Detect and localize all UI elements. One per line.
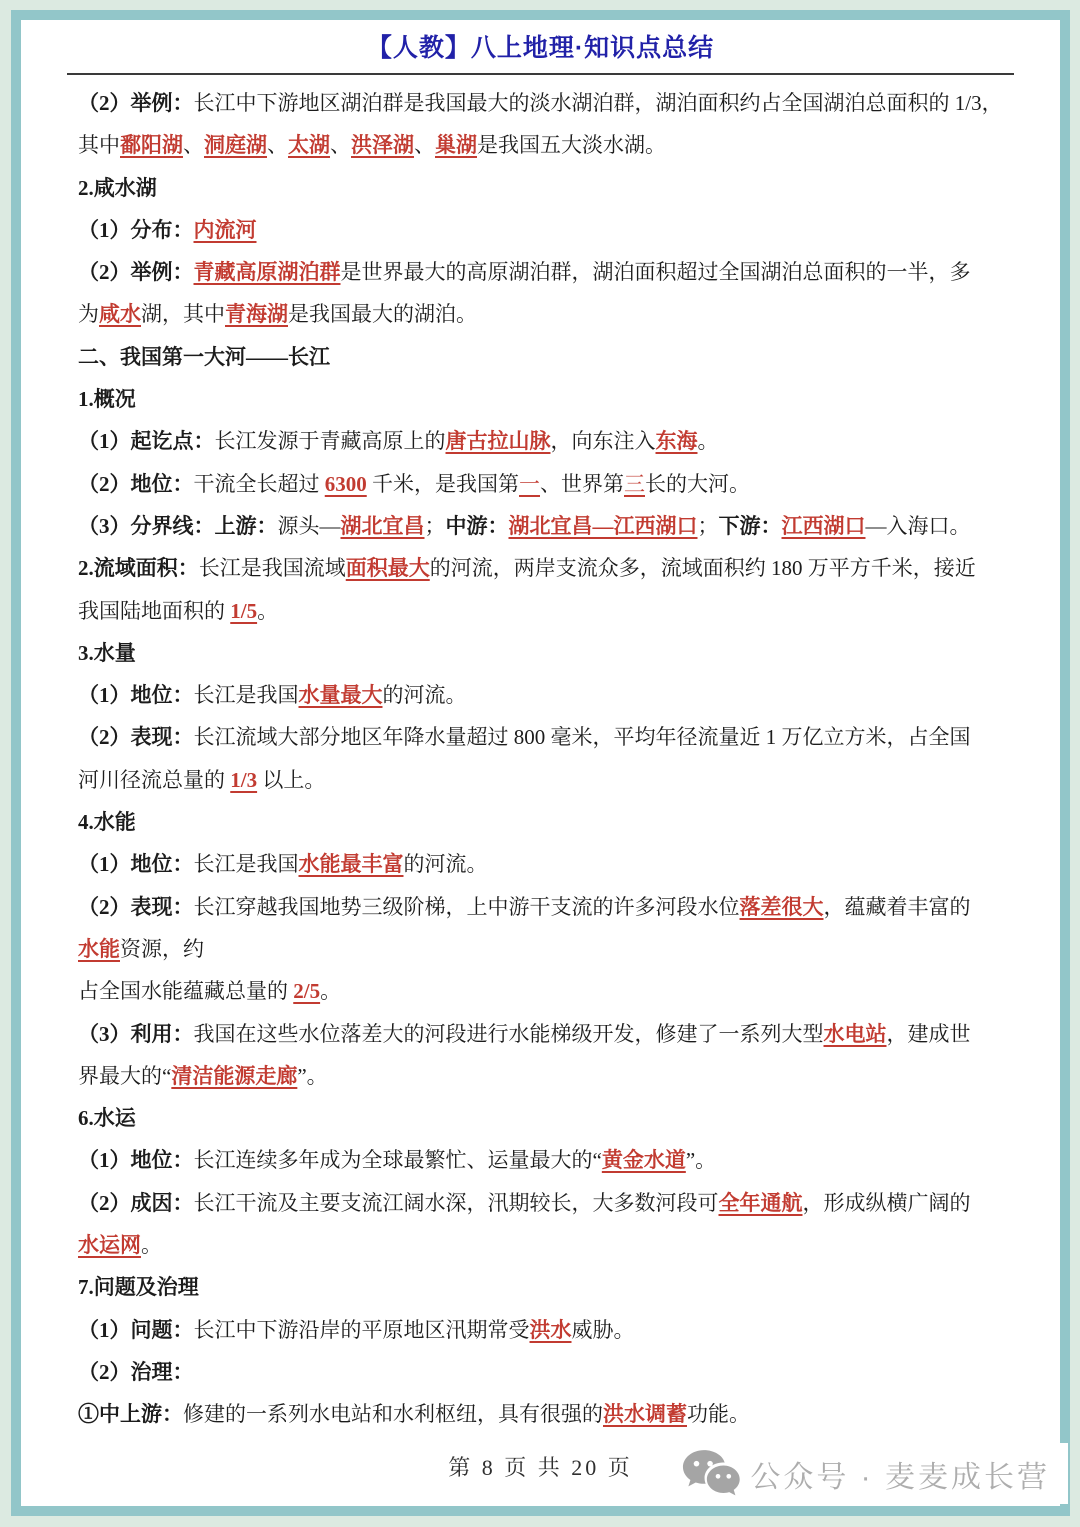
highlight-term: 清洁能源走廊 [171,1064,297,1088]
text-run: 威胁。 [572,1318,635,1342]
text-line: （1）地位：长江是我国水量最大的河流。 [78,674,1014,716]
highlight-term: 洪水调蓄 [603,1402,687,1426]
text-run: 7.问题及治理 [78,1275,199,1299]
text-line: 界最大的“清洁能源走廊”。 [78,1055,1014,1097]
text-run: —入海口。 [866,514,971,538]
text-line: （2）表现：长江流域大部分地区年降水量超过 800 毫米，平均年径流量近 1 万… [78,716,1014,758]
highlight-term: 太湖 [288,133,330,157]
text-run: （1）起讫点： [78,429,215,453]
highlight-term: 咸水 [99,302,141,326]
watermark-label: 公众号 · 麦麦成长营 [750,1452,1050,1496]
text-line: 河川径流总量的 1/3 以上。 [78,759,1014,801]
highlight-term: 水运网 [78,1233,141,1257]
text-run: 、 [414,133,435,157]
text-run: 4.水能 [78,810,136,834]
text-run: （2）地位： [78,472,194,496]
text-line: 6.水运 [78,1097,1014,1139]
text-run: 资源，约 [120,937,204,961]
text-run: 1.概况 [78,387,136,411]
text-line: 占全国水能蕴藏总量的 2/5。 [78,970,1014,1012]
text-line: 二、我国第一大河——长江 [78,336,1014,378]
text-line: 2.流域面积：长江是我国流域面积最大的河流，两岸支流众多，流域面积约 180 万… [78,547,1014,589]
text-run: （1）地位： [78,683,194,707]
text-run: 千米，是我国第 [367,472,519,496]
document-title: 【人教】八上地理·知识点总结 [21,32,1060,64]
text-run: （1）问题： [78,1318,194,1342]
text-run: 占全国水能蕴藏总量的 [78,979,293,1003]
text-line: （1）起讫点：长江发源于青藏高原上的唐古拉山脉，向东注入东海。 [78,420,1014,462]
highlight-term: 湖北宜昌 [341,514,425,538]
text-run: ； [425,514,446,538]
text-run: （2）表现： [78,725,194,749]
text-run: 长江中下游地区湖泊群是我国最大的淡水湖泊群，湖泊面积约占全国湖泊总面积的 1/3… [194,91,1003,115]
text-run: 。 [141,1233,162,1257]
text-run: 。 [698,429,719,453]
text-run: 长江连续多年成为全球最繁忙、运量最大的“ [194,1148,602,1172]
text-line: （3）利用：我国在这些水位落差大的河段进行水能梯级开发，修建了一系列大型水电站，… [78,1013,1014,1055]
text-run: （3）分界线： [78,514,215,538]
highlight-term: 青海湖 [225,302,288,326]
text-line: 2.咸水湖 [78,167,1014,209]
text-run: 我国在这些水位落差大的河段进行水能梯级开发，修建了一系列大型 [194,1022,824,1046]
text-run: 其中 [78,133,120,157]
highlight-term: 巢湖 [435,133,477,157]
text-line: 为咸水湖，其中青海湖是我国最大的湖泊。 [78,293,1014,335]
text-run: 的河流。 [404,852,488,876]
text-run: 的河流，两岸支流众多，流域面积约 180 万平方千米，接近 [430,556,976,580]
text-run: （1）地位： [78,852,194,876]
text-run: ，形成纵横广阔的 [803,1191,971,1215]
text-run: 长江干流及主要支流江阔水深，汛期较长，大多数河段可 [194,1191,719,1215]
highlight-term: 水能最丰富 [299,852,404,876]
text-run: 二、我国第一大河——长江 [78,345,330,369]
text-run: 长江发源于青藏高原上的 [215,429,446,453]
text-line: （2）举例：青藏高原湖泊群是世界最大的高原湖泊群，湖泊面积超过全国湖泊总面积的一… [78,251,1014,293]
text-run: 的河流。 [383,683,467,707]
highlight-term: 面积最大 [346,556,430,580]
text-run: 是世界最大的高原湖泊群，湖泊面积超过全国湖泊总面积的一半，多 [341,260,971,284]
text-run: 下游： [719,514,782,538]
text-run: 是我国最大的湖泊。 [288,302,477,326]
text-run: 长的大河。 [645,472,750,496]
text-run: 长江流域大部分地区年降水量超过 800 毫米，平均年径流量近 1 万亿立方米，占… [194,725,971,749]
text-run: 河川径流总量的 [78,768,230,792]
text-run: （2）治理： [78,1360,194,1384]
highlight-term: 洞庭湖 [204,133,267,157]
text-line: （2）地位：干流全长超过 6300 千米，是我国第一、世界第三长的大河。 [78,463,1014,505]
text-run: 为 [78,302,99,326]
text-run: 、 [183,133,204,157]
text-run: （2）表现： [78,895,194,919]
highlight-term: 洪泽湖 [351,133,414,157]
text-run: （1）地位： [78,1148,194,1172]
text-run: 以上。 [257,768,325,792]
text-run: 界最大的“ [78,1064,171,1088]
text-run: （1）分布： [78,218,194,242]
text-run: 2.咸水湖 [78,176,157,200]
text-run: 。 [320,979,341,1003]
text-run: （2）举例： [78,91,194,115]
text-run: ”。 [686,1148,716,1172]
text-run: 长江是我国流域 [199,556,346,580]
text-run: 长江是我国 [194,683,299,707]
text-run: ，向东注入 [551,429,656,453]
text-run: 、 [330,133,351,157]
text-line: 水运网。 [78,1224,1014,1266]
text-run: 修建的一系列水电站和水利枢纽，具有很强的 [183,1402,603,1426]
text-run: 湖，其中 [141,302,225,326]
text-run: （3）利用： [78,1022,194,1046]
highlight-term: 青藏高原湖泊群 [194,260,341,284]
text-run: ①中上游： [78,1402,183,1426]
highlight-term: 洪水 [530,1318,572,1342]
text-run: 干流全长超过 [194,472,325,496]
text-run: 长江是我国 [194,852,299,876]
highlight-term: 水量最大 [299,683,383,707]
text-line: （2）举例：长江中下游地区湖泊群是我国最大的淡水湖泊群，湖泊面积约占全国湖泊总面… [78,82,1014,124]
highlight-term: 江西湖口 [782,514,866,538]
text-line: （1）问题：长江中下游沿岸的平原地区汛期常受洪水威胁。 [78,1309,1014,1351]
highlight-term: 一 [519,472,540,496]
text-run: 3.水量 [78,641,136,665]
text-line: （2）表现：长江穿越我国地势三级阶梯，上中游干支流的许多河段水位落差很大，蕴藏着… [78,886,1014,928]
text-run: 中游： [446,514,509,538]
text-run: （2）举例： [78,260,194,284]
text-line: （2）治理： [78,1351,1014,1393]
page-frame: 【人教】八上地理·知识点总结 （2）举例：长江中下游地区湖泊群是我国最大的淡水湖… [11,10,1070,1516]
text-run: 2.流域面积： [78,556,199,580]
text-run: ，蕴藏着丰富的 [824,895,971,919]
text-line: 4.水能 [78,801,1014,843]
text-run: 、世界第 [540,472,624,496]
text-run: 是我国五大淡水湖。 [477,133,666,157]
highlight-term: 6300 [325,472,367,496]
text-line: 7.问题及治理 [78,1266,1014,1308]
highlight-term: 内流河 [194,218,257,242]
highlight-term: 鄱阳湖 [120,133,183,157]
text-run: 。 [257,599,278,623]
highlight-term: 2/5 [293,979,320,1003]
document-body: （2）举例：长江中下游地区湖泊群是我国最大的淡水湖泊群，湖泊面积约占全国湖泊总面… [21,75,1060,1436]
text-line: （2）成因：长江干流及主要支流江阔水深，汛期较长，大多数河段可全年通航，形成纵横… [78,1182,1014,1224]
text-run: 长江中下游沿岸的平原地区汛期常受 [194,1318,530,1342]
text-run: 、 [267,133,288,157]
text-line: 水能资源，约 [78,928,1014,970]
text-run: 源头— [278,514,341,538]
highlight-term: 黄金水道 [602,1148,686,1172]
watermark: 公众号 · 麦麦成长营 [670,1443,1068,1504]
highlight-term: 1/3 [230,768,257,792]
highlight-term: 全年通航 [719,1191,803,1215]
text-run: ，建成世 [887,1022,971,1046]
text-line: 我国陆地面积的 1/5。 [78,590,1014,632]
text-run: ”。 [297,1064,327,1088]
text-line: 3.水量 [78,632,1014,674]
text-line: （1）地位：长江是我国水能最丰富的河流。 [78,843,1014,885]
text-run: ； [698,514,719,538]
highlight-term: 东海 [656,429,698,453]
text-run: 我国陆地面积的 [78,599,230,623]
highlight-term: 1/5 [230,599,257,623]
highlight-term: 湖北宜昌—江西湖口 [509,514,698,538]
text-line: （3）分界线：上游：源头—湖北宜昌；中游：湖北宜昌—江西湖口；下游：江西湖口—入… [78,505,1014,547]
text-run: （2）成因： [78,1191,194,1215]
text-line: 其中鄱阳湖、洞庭湖、太湖、洪泽湖、巢湖是我国五大淡水湖。 [78,124,1014,166]
highlight-term: 水能 [78,937,120,961]
highlight-term: 唐古拉山脉 [446,429,551,453]
text-run: 功能。 [687,1402,750,1426]
highlight-term: 三 [624,472,645,496]
highlight-term: 水电站 [824,1022,887,1046]
text-run: 长江穿越我国地势三级阶梯，上中游干支流的许多河段水位 [194,895,740,919]
text-line: ①中上游：修建的一系列水电站和水利枢纽，具有很强的洪水调蓄功能。 [78,1393,1014,1435]
highlight-term: 落差很大 [740,895,824,919]
text-line: （1）地位：长江连续多年成为全球最繁忙、运量最大的“黄金水道”。 [78,1139,1014,1181]
text-line: （1）分布：内流河 [78,209,1014,251]
wechat-icon [682,1449,740,1498]
text-run: 6.水运 [78,1106,136,1130]
text-run: 上游： [215,514,278,538]
text-line: 1.概况 [78,378,1014,420]
screenshot-root: { "header": { "title": "【人教】八上地理·知识点总结" … [0,0,1080,1527]
